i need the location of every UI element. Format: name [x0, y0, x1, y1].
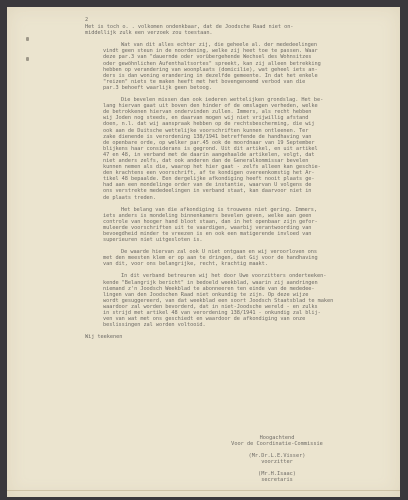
text-line: middellijk zulk een verzoek zou toestaan… [85, 30, 397, 36]
signature-header: Hoogachtend Voor de Coordinatie-Commissi… [212, 435, 342, 447]
text-line: van dit, voor ons belangrijke, recht, kr… [85, 261, 397, 267]
document-page: 2 Het is toch o. . volkomen ondenkbaar, … [7, 7, 400, 497]
paragraph-2: Wat van dit alles echter zij, die geheel… [85, 42, 397, 91]
secretary-signature: (Mr.H.Isaac) secretaris [212, 471, 342, 483]
chair-signature: (Mr.Dr.L.E.Visser) voorzitter [212, 453, 342, 465]
paragraph-5: De waarde hiervan zal ook U niet ontgaan… [85, 249, 397, 267]
text-line: de plaats treden. [85, 195, 397, 201]
secretary-title: secretaris [212, 477, 342, 483]
paragraph-6: In dit verband betreuren wij het door Uw… [85, 273, 397, 328]
page-number: 2 [85, 17, 397, 23]
margin-punch-mark [26, 37, 29, 41]
signature-block: Hoogachtend Voor de Coordinatie-Commissi… [212, 435, 342, 490]
organization: Voor de Coordinatie-Commissie [212, 441, 342, 447]
paragraph-3: Die bevelen missen dan ook iederen wette… [85, 97, 397, 201]
closing-line: Wij teekenen [85, 334, 397, 340]
text-line: beslissingen zal worden voltooid. [85, 322, 397, 328]
chair-title: voorzitter [212, 459, 342, 465]
paragraph-4: Het belang van die afkondiging is trouwe… [85, 207, 397, 244]
letter-body: 2 Het is toch o. . volkomen ondenkbaar, … [85, 17, 397, 340]
text-line: par.3 behoeft waarlijk geen betoog. [85, 85, 397, 91]
paragraph-1: Het is toch o. . volkomen ondenkbaar, da… [85, 24, 397, 36]
margin-punch-mark [26, 57, 29, 61]
text-line: superieuren niet uitgesloten is. [85, 237, 397, 243]
